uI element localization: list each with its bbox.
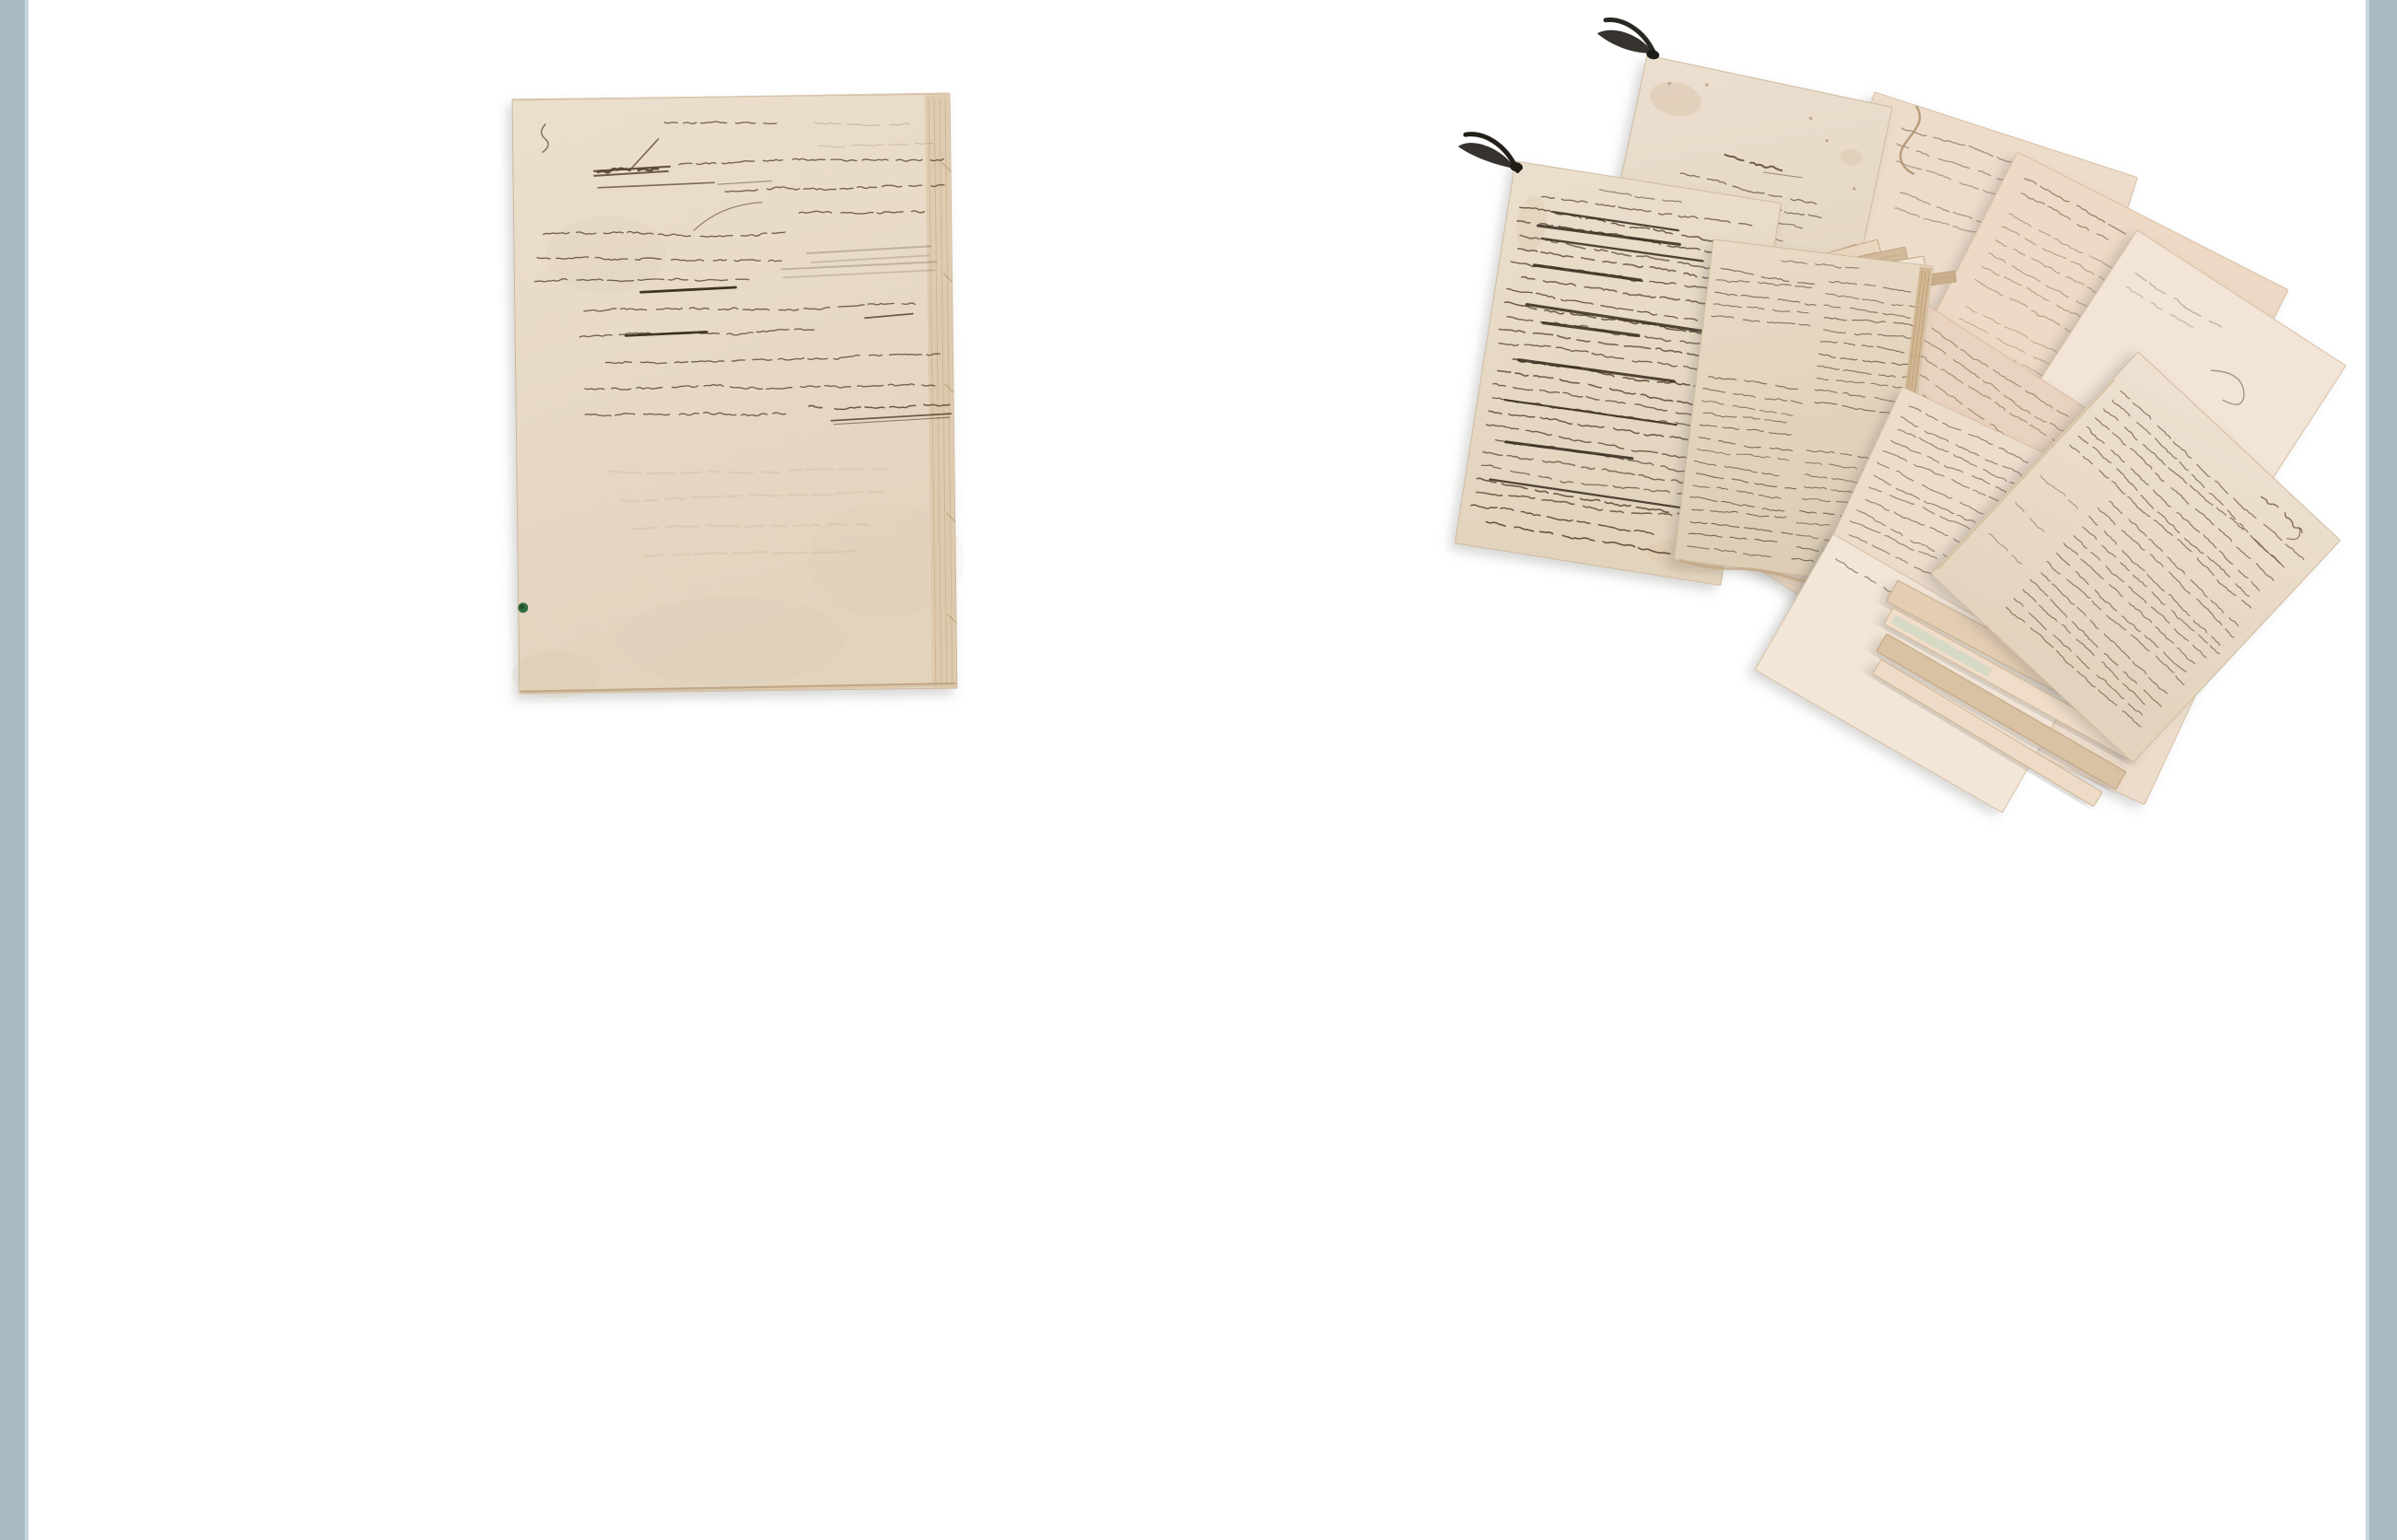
left-margin-band	[0, 0, 29, 1540]
catalog-page	[0, 0, 2397, 1540]
manuscript-leaf-illustration	[497, 83, 976, 718]
black-ribbon-tie	[1595, 17, 1665, 61]
right-margin-band	[2366, 0, 2397, 1540]
black-ribbon-tie	[1456, 132, 1526, 172]
left-manuscript-photo	[497, 83, 976, 718]
manuscript-pile-photo	[1437, 18, 2368, 829]
manuscript-pile-illustration	[1437, 18, 2368, 829]
